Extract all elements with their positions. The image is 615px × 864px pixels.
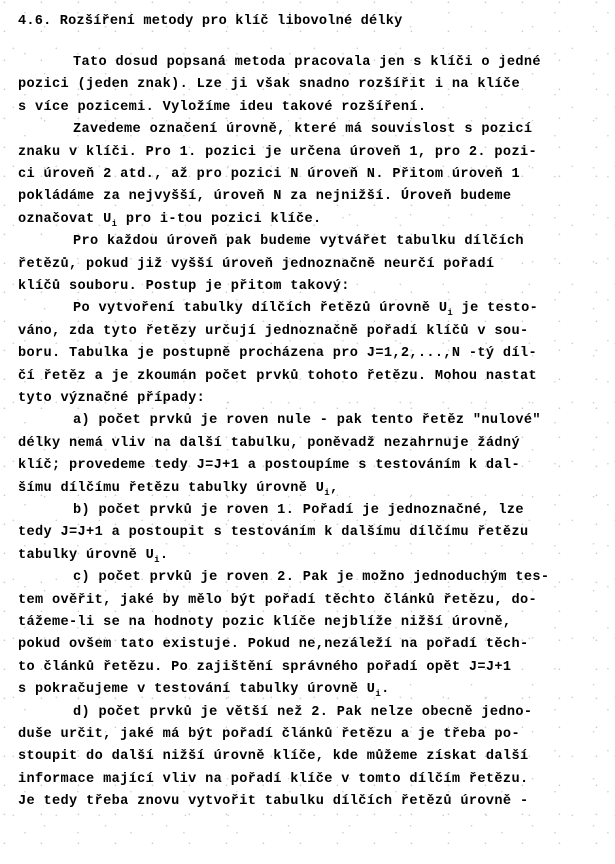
text-line: řetězů, pokud již vyšší úroveň jednoznač… xyxy=(18,256,494,274)
line-text: tážeme-li se na hodnoty pozic klíče nejb… xyxy=(18,615,511,630)
text-line: tedy J=J+1 a postoupit s testováním k da… xyxy=(18,524,528,542)
text-line: pokud ovšem tato existuje. Pokud ne,nezá… xyxy=(18,636,528,654)
text-line: klíčů souboru. Postup je přitom takový: xyxy=(18,278,350,296)
text-line: Po vytvoření tabulky dílčích řetězů úrov… xyxy=(73,300,538,318)
line-text: tem ověřit, jaké by mělo být pořadí těch… xyxy=(18,593,537,608)
line-text: s více pozicemi. Vyložíme ideu takové ro… xyxy=(18,100,426,115)
text-line: ci úroveň 2 atd., až pro pozici N úroveň… xyxy=(18,166,520,184)
line-text: d) počet prvků je větší než 2. Pak nelze… xyxy=(73,705,532,720)
line-text: duše určit, jaké má být pořadí článků ře… xyxy=(18,727,520,742)
text-line: Je tedy třeba znovu vytvořit tabulku díl… xyxy=(18,793,528,811)
line-text: klíčů souboru. Postup je přitom takový: xyxy=(18,279,350,294)
text-line: klíč; provedeme tedy J=J+1 a postoupíme … xyxy=(18,457,520,475)
text-line: označovat Ui pro i-tou pozici klíče. xyxy=(18,211,322,229)
text-line: Tato dosud popsaná metoda pracovala jen … xyxy=(73,54,541,72)
text-line: tem ověřit, jaké by mělo být pořadí těch… xyxy=(18,592,537,610)
line-text: tyto význačné případy: xyxy=(18,391,205,406)
line-text: délky nemá vliv na další tabulku, poněva… xyxy=(18,436,520,451)
line-text: stoupit do další nižší úrovně klíče, kde… xyxy=(18,749,528,764)
line-text: znaku v klíči. Pro 1. pozici je určena ú… xyxy=(18,145,537,160)
line-text: čí řetěz a je zkoumán počet prvků tohoto… xyxy=(18,369,537,384)
line-text: Po vytvoření tabulky dílčích řetězů úrov… xyxy=(73,301,447,316)
line-text-continued: je testo- xyxy=(453,301,538,316)
scanned-document-page: 4.6. Rozšíření metody pro klíč libovolné… xyxy=(0,0,615,864)
line-text-continued: pro i-tou pozici klíče. xyxy=(117,212,321,227)
line-text: šímu dílčímu řetězu tabulky úrovně U xyxy=(18,481,324,496)
text-line: c) počet prvků je roven 2. Pak je možno … xyxy=(73,569,549,587)
text-line: s pokračujeme v testování tabulky úrovně… xyxy=(18,681,390,699)
text-line: b) počet prvků je roven 1. Pořadí je jed… xyxy=(73,502,524,520)
text-line: pokládáme za nejvyšší, úroveň N za nejni… xyxy=(18,188,511,206)
line-text: pokud ovšem tato existuje. Pokud ne,nezá… xyxy=(18,637,528,652)
line-text: ci úroveň 2 atd., až pro pozici N úroveň… xyxy=(18,167,520,182)
text-line: d) počet prvků je větší než 2. Pak nelze… xyxy=(73,704,532,722)
line-text-continued: . xyxy=(381,682,390,697)
line-text: c) počet prvků je roven 2. Pak je možno … xyxy=(73,570,549,585)
line-text: Pro každou úroveň pak budeme vytvářet ta… xyxy=(73,234,524,249)
text-line: duše určit, jaké má být pořadí článků ře… xyxy=(18,726,520,744)
text-line: s více pozicemi. Vyložíme ideu takové ro… xyxy=(18,99,426,117)
line-text: pozici (jeden znak). Lze ji však snadno … xyxy=(18,77,520,92)
line-text: informace mající vliv na pořadí klíče v … xyxy=(18,772,528,787)
text-line: a) počet prvků je roven nule - pak tento… xyxy=(73,412,541,430)
line-text: boru. Tabulka je postupně procházena pro… xyxy=(18,346,537,361)
text-line: Zavedeme označení úrovně, které má souvi… xyxy=(73,121,532,139)
line-text: označovat U xyxy=(18,212,112,227)
text-line: čí řetěz a je zkoumán počet prvků tohoto… xyxy=(18,368,537,386)
line-text: váno, zda tyto řetězy určují jednoznačně… xyxy=(18,324,528,339)
text-line: znaku v klíči. Pro 1. pozici je určena ú… xyxy=(18,144,537,162)
text-line: tážeme-li se na hodnoty pozic klíče nejb… xyxy=(18,614,511,632)
line-text: pokládáme za nejvyšší, úroveň N za nejni… xyxy=(18,189,511,204)
line-text: b) počet prvků je roven 1. Pořadí je jed… xyxy=(73,503,524,518)
text-line: informace mající vliv na pořadí klíče v … xyxy=(18,771,528,789)
text-line: váno, zda tyto řetězy určují jednoznačně… xyxy=(18,323,528,341)
line-text: klíč; provedeme tedy J=J+1 a postoupíme … xyxy=(18,458,520,473)
text-line: pozici (jeden znak). Lze ji však snadno … xyxy=(18,76,520,94)
line-text: a) počet prvků je roven nule - pak tento… xyxy=(73,413,541,428)
line-text: s pokračujeme v testování tabulky úrovně… xyxy=(18,682,375,697)
line-text: tedy J=J+1 a postoupit s testováním k da… xyxy=(18,525,528,540)
line-text: řetězů, pokud již vyšší úroveň jednoznač… xyxy=(18,257,494,272)
line-text: Je tedy třeba znovu vytvořit tabulku díl… xyxy=(18,794,528,809)
text-line: délky nemá vliv na další tabulku, poněva… xyxy=(18,435,520,453)
text-line: tyto význačné případy: xyxy=(18,390,205,408)
text-line: to článků řetězu. Po zajištění správného… xyxy=(18,659,511,677)
text-line: Pro každou úroveň pak budeme vytvářet ta… xyxy=(73,233,524,251)
section-heading: 4.6. Rozšíření metody pro klíč libovolné… xyxy=(18,14,402,29)
text-line: stoupit do další nižší úrovně klíče, kde… xyxy=(18,748,528,766)
line-text: Tato dosud popsaná metoda pracovala jen … xyxy=(73,55,541,70)
line-text: tabulky úrovně U xyxy=(18,548,154,563)
line-text-continued: . xyxy=(160,548,169,563)
text-line: boru. Tabulka je postupně procházena pro… xyxy=(18,345,537,363)
text-line: šímu dílčímu řetězu tabulky úrovně Ui, xyxy=(18,480,339,498)
line-text: Zavedeme označení úrovně, které má souvi… xyxy=(73,122,532,137)
text-line: tabulky úrovně Ui. xyxy=(18,547,168,565)
line-text: to článků řetězu. Po zajištění správného… xyxy=(18,660,511,675)
line-text-continued: , xyxy=(330,481,339,496)
